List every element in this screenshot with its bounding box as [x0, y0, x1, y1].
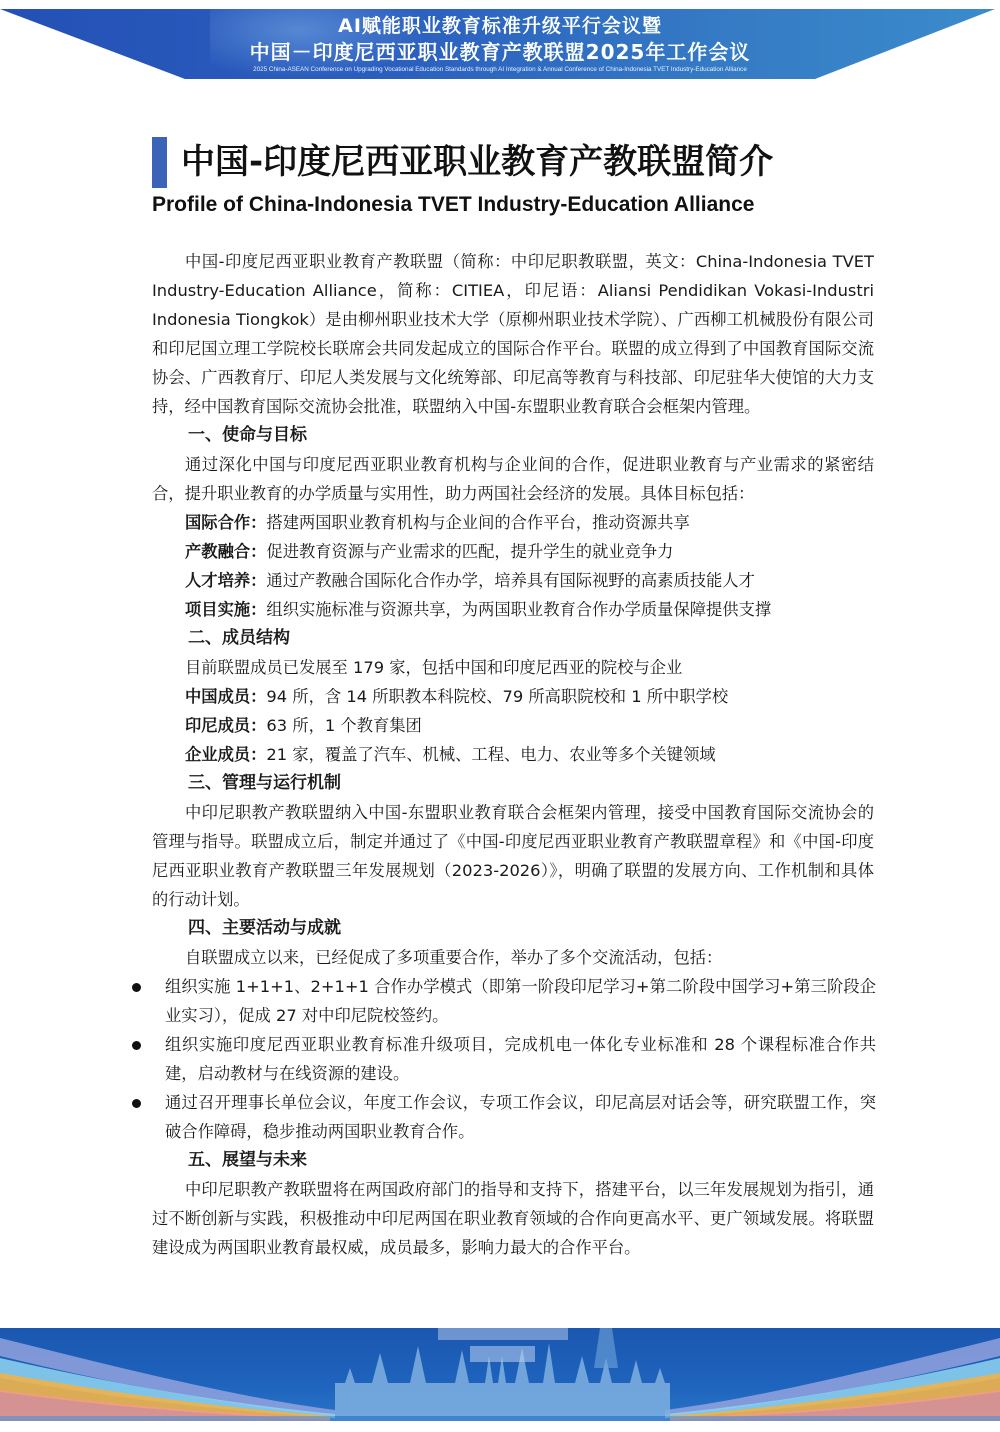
- footer-blurred-logo: [438, 1328, 568, 1340]
- goal-label: 项目实施：: [185, 600, 266, 619]
- section-heading-outlook: 五、展望与未来: [152, 1146, 874, 1175]
- document-body: 中国-印度尼西亚职业教育产教联盟（简称：中印尼职教联盟，英文：China-Ind…: [152, 247, 874, 1262]
- section-heading-members: 二、成员结构: [152, 624, 874, 653]
- activity-bullet: 通过召开理事长单位会议，年度工作会议，专项工作会议，印尼高层对话会等，研究联盟工…: [132, 1088, 876, 1146]
- goal-text: 促进教育资源与产业需求的匹配，提升学生的就业竞争力: [266, 542, 673, 561]
- activity-bullet: 组织实施 1+1+1、2+1+1 合作办学模式（即第一阶段印尼学习+第二阶段中国…: [132, 972, 876, 1030]
- goal-item: 国际合作：搭建两国职业教育机构与企业间的合作平台，推动资源共享: [152, 508, 874, 537]
- bullet-dot-icon: [132, 1099, 141, 1108]
- page-title: 中国-印度尼西亚职业教育产教联盟简介: [181, 138, 773, 186]
- bullet-dot-icon: [132, 1041, 141, 1050]
- footer-banner: [0, 1328, 1000, 1421]
- member-item: 印尼成员：63 所，1 个教育集团: [152, 711, 874, 740]
- title-accent-bar: [152, 137, 167, 188]
- goal-text: 通过产教融合国际化合作办学，培养具有国际视野的高素质技能人才: [266, 571, 754, 590]
- section-mission-paragraph: 通过深化中国与印度尼西亚职业教育机构与企业间的合作，促进职业教育与产业需求的紧密…: [152, 450, 874, 508]
- page-subtitle: Profile of China-Indonesia TVET Industry…: [152, 193, 754, 217]
- section-outlook-paragraph: 中印尼职教产教联盟将在两国政府部门的指导和支持下，搭建平台，以三年发展规划为指引…: [152, 1175, 874, 1262]
- bullet-dot-icon: [132, 983, 141, 992]
- members-summary: 目前联盟成员已发展至 179 家，包括中国和印度尼西亚的院校与企业: [152, 653, 874, 682]
- section-heading-mission: 一、使命与目标: [152, 421, 874, 450]
- intro-paragraph: 中国-印度尼西亚职业教育产教联盟（简称：中印尼职教联盟，英文：China-Ind…: [152, 247, 874, 421]
- conference-title-line2: 中国－印度尼西亚职业教育产教联盟2025年工作会议: [0, 36, 1000, 65]
- activity-text: 组织实施印度尼西亚职业教育标准升级项目，完成机电一体化专业标准和 28 个课程标…: [165, 1030, 876, 1088]
- section-heading-management: 三、管理与运行机制: [152, 769, 874, 798]
- goal-label: 产教融合：: [185, 542, 266, 561]
- goal-label: 人才培养：: [185, 571, 266, 590]
- activities-list: 组织实施 1+1+1、2+1+1 合作办学模式（即第一阶段印尼学习+第二阶段中国…: [152, 972, 874, 1146]
- member-label: 中国成员：: [185, 687, 266, 706]
- goal-item: 项目实施：组织实施标准与资源共享，为两国职业教育合作办学质量保障提供支撑: [152, 595, 874, 624]
- activities-intro: 自联盟成立以来，已经促成了多项重要合作，举办了多个交流活动，包括：: [152, 943, 874, 972]
- goal-label: 国际合作：: [185, 513, 266, 532]
- goal-text: 组织实施标准与资源共享，为两国职业教育合作办学质量保障提供支撑: [266, 600, 771, 619]
- member-item: 企业成员：21 家，覆盖了汽车、机械、工程、电力、农业等多个关键领域: [152, 740, 874, 769]
- member-item: 中国成员：94 所，含 14 所职教本科院校、79 所高职院校和 1 所中职学校: [152, 682, 874, 711]
- section-heading-activities: 四、主要活动与成就: [152, 914, 874, 943]
- goal-item: 人才培养：通过产教融合国际化合作办学，培养具有国际视野的高素质技能人才: [152, 566, 874, 595]
- goal-text: 搭建两国职业教育机构与企业间的合作平台，推动资源共享: [266, 513, 689, 532]
- activity-text: 组织实施 1+1+1、2+1+1 合作办学模式（即第一阶段印尼学习+第二阶段中国…: [165, 972, 876, 1030]
- conference-subtitle-english: 2025 China-ASEAN Conference on Upgrading…: [0, 66, 1000, 73]
- footer-blurred-text: [470, 1346, 535, 1362]
- activity-bullet: 组织实施印度尼西亚职业教育标准升级项目，完成机电一体化专业标准和 28 个课程标…: [132, 1030, 876, 1088]
- goal-item: 产教融合：促进教育资源与产业需求的匹配，提升学生的就业竞争力: [152, 537, 874, 566]
- activity-text: 通过召开理事长单位会议，年度工作会议，专项工作会议，印尼高层对话会等，研究联盟工…: [165, 1088, 876, 1146]
- footer-stripes-decoration: [0, 1328, 1000, 1421]
- skyline-silhouette: [335, 1328, 670, 1416]
- header-banner: AI赋能职业教育标准升级平行会议暨 中国－印度尼西亚职业教育产教联盟2025年工…: [0, 9, 1000, 79]
- conference-title-line1: AI赋能职业教育标准升级平行会议暨: [0, 11, 1000, 38]
- member-text: 21 家，覆盖了汽车、机械、工程、电力、农业等多个关键领域: [266, 745, 715, 764]
- member-label: 印尼成员：: [185, 716, 266, 735]
- section-management-paragraph: 中印尼职教产教联盟纳入中国-东盟职业教育联合会框架内管理，接受中国教育国际交流协…: [152, 798, 874, 914]
- member-text: 94 所，含 14 所职教本科院校、79 所高职院校和 1 所中职学校: [266, 687, 728, 706]
- member-label: 企业成员：: [185, 745, 266, 764]
- member-text: 63 所，1 个教育集团: [266, 716, 421, 735]
